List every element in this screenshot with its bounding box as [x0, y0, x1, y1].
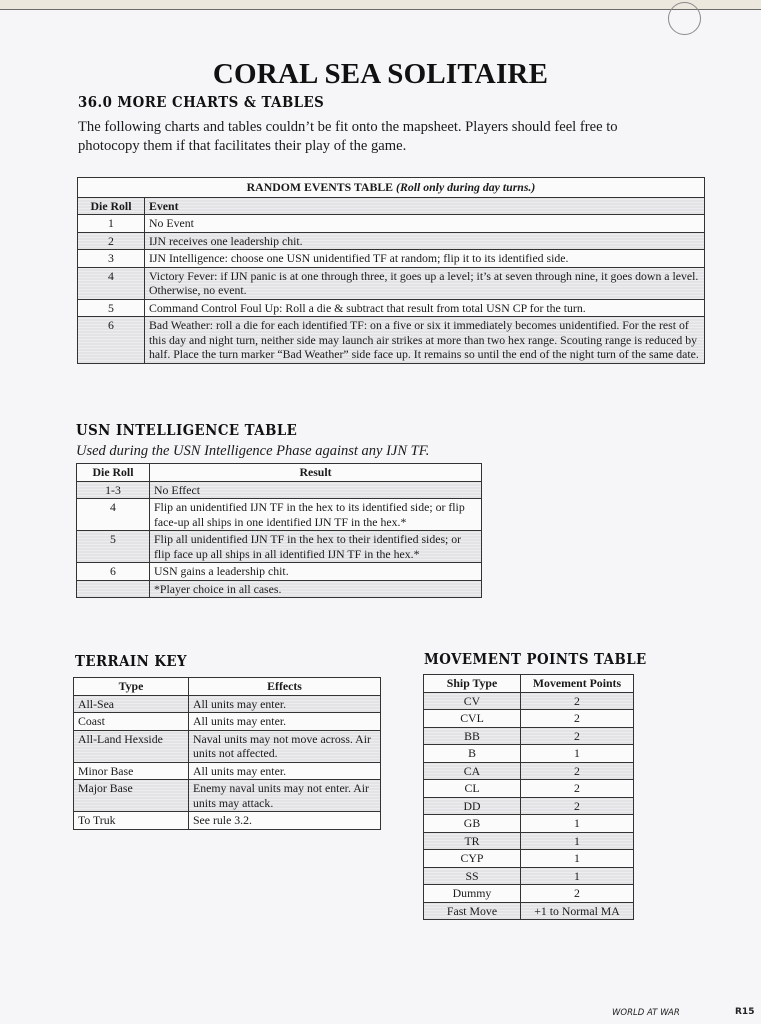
terrain-key-table: Type Effects All-SeaAll units may enter.…	[73, 677, 381, 830]
cell-result: No Effect	[150, 481, 482, 499]
cell-effects: Enemy naval units may not enter. Air uni…	[189, 780, 381, 812]
cell-result: USN gains a leadership chit.	[150, 563, 482, 581]
movement-points-heading: MOVEMENT POINTS TABLE	[424, 651, 647, 668]
table-header-row: Ship Type Movement Points	[424, 675, 634, 693]
table-row: Major BaseEnemy naval units may not ente…	[74, 780, 381, 812]
table-row: CoastAll units may enter.	[74, 713, 381, 731]
random-events-title-cell: RANDOM EVENTS TABLE (Roll only during da…	[78, 178, 705, 198]
terrain-key-heading: TERRAIN KEY	[75, 653, 187, 670]
header-result: Result	[150, 464, 482, 482]
cell-mp: +1 to Normal MA	[521, 902, 634, 920]
cell-event: IJN Intelligence: choose one USN unident…	[145, 250, 705, 268]
cell-effects: See rule 3.2.	[189, 812, 381, 830]
table-row: 1No Event	[78, 215, 705, 233]
table-row: 3IJN Intelligence: choose one USN uniden…	[78, 250, 705, 268]
cell-result: *Player choice in all cases.	[150, 580, 482, 598]
cell-mp: 1	[521, 745, 634, 763]
table-row: 6Bad Weather: roll a die for each identi…	[78, 317, 705, 364]
cell-ship: SS	[424, 867, 521, 885]
cell-mp: 1	[521, 867, 634, 885]
cell-ship: CL	[424, 780, 521, 798]
cell-mp: 1	[521, 850, 634, 868]
header-die-roll: Die Roll	[77, 464, 150, 482]
table-row: GB1	[424, 815, 634, 833]
cell-ship: Fast Move	[424, 902, 521, 920]
cell-ship: CVL	[424, 710, 521, 728]
cell-ship: CYP	[424, 850, 521, 868]
cell-mp: 2	[521, 727, 634, 745]
cell-event: IJN receives one leadership chit.	[145, 232, 705, 250]
cell-mp: 2	[521, 885, 634, 903]
cell-type: To Truk	[74, 812, 189, 830]
movement-points-table: Ship Type Movement Points CV2CVL2BB2B1CA…	[423, 674, 634, 920]
cell-roll: 1-3	[77, 481, 150, 499]
cell-ship: CV	[424, 692, 521, 710]
cell-event: Victory Fever: if IJN panic is at one th…	[145, 267, 705, 299]
table-header-row: Die Roll Event	[78, 197, 705, 215]
footer-page-number: R15	[735, 1007, 754, 1017]
cell-roll: 1	[78, 215, 145, 233]
cell-mp: 1	[521, 815, 634, 833]
table-row: DD2	[424, 797, 634, 815]
table-row: 1-3No Effect	[77, 481, 482, 499]
cell-effects: All units may enter.	[189, 762, 381, 780]
table-header-row: Type Effects	[74, 678, 381, 696]
table-row: All-Land HexsideNaval units may not move…	[74, 730, 381, 762]
random-events-note: (Roll only during day turns.)	[396, 180, 535, 194]
table-row: B1	[424, 745, 634, 763]
cell-roll	[77, 580, 150, 598]
usn-intelligence-heading: USN INTELLIGENCE TABLE	[76, 422, 297, 439]
punch-hole	[668, 2, 701, 35]
table-row: SS1	[424, 867, 634, 885]
cell-ship: GB	[424, 815, 521, 833]
cell-ship: B	[424, 745, 521, 763]
table-row: 4Flip an unidentified IJN TF in the hex …	[77, 499, 482, 531]
cell-ship: TR	[424, 832, 521, 850]
cell-ship: CA	[424, 762, 521, 780]
cell-effects: All units may enter.	[189, 713, 381, 731]
cell-event: Bad Weather: roll a die for each identif…	[145, 317, 705, 364]
cell-type: All-Land Hexside	[74, 730, 189, 762]
page-title: CORAL SEA SOLITAIRE	[0, 58, 761, 91]
table-row: 2IJN receives one leadership chit.	[78, 232, 705, 250]
cell-roll: 5	[77, 531, 150, 563]
page-top-edge	[0, 0, 761, 10]
random-events-table: RANDOM EVENTS TABLE (Roll only during da…	[77, 177, 705, 364]
table-row: Dummy2	[424, 885, 634, 903]
cell-type: Major Base	[74, 780, 189, 812]
cell-mp: 2	[521, 780, 634, 798]
table-row: 6USN gains a leadership chit.	[77, 563, 482, 581]
header-die-roll: Die Roll	[78, 197, 145, 215]
table-row: 5Flip all unidentified IJN TF in the hex…	[77, 531, 482, 563]
header-event: Event	[145, 197, 705, 215]
footer-brand: WORLD AT WAR	[612, 1008, 680, 1018]
header-effects: Effects	[189, 678, 381, 696]
cell-result: Flip all unidentified IJN TF in the hex …	[150, 531, 482, 563]
table-row: CYP1	[424, 850, 634, 868]
intro-paragraph: The following charts and tables couldn’t…	[78, 118, 678, 156]
cell-type: Minor Base	[74, 762, 189, 780]
header-ship-type: Ship Type	[424, 675, 521, 693]
cell-effects: Naval units may not move across. Air uni…	[189, 730, 381, 762]
cell-roll: 5	[78, 299, 145, 317]
table-row: All-SeaAll units may enter.	[74, 695, 381, 713]
random-events-title: RANDOM EVENTS TABLE	[247, 180, 393, 194]
cell-roll: 4	[78, 267, 145, 299]
cell-roll: 6	[77, 563, 150, 581]
table-row: Minor BaseAll units may enter.	[74, 762, 381, 780]
usn-intelligence-table: Die Roll Result 1-3No Effect4Flip an uni…	[76, 463, 482, 598]
cell-event: No Event	[145, 215, 705, 233]
cell-roll: 6	[78, 317, 145, 364]
table-header-row: Die Roll Result	[77, 464, 482, 482]
cell-result: Flip an unidentified IJN TF in the hex t…	[150, 499, 482, 531]
table-row: CL2	[424, 780, 634, 798]
cell-mp: 1	[521, 832, 634, 850]
table-row: BB2	[424, 727, 634, 745]
table-row: *Player choice in all cases.	[77, 580, 482, 598]
cell-mp: 2	[521, 710, 634, 728]
header-movement-points: Movement Points	[521, 675, 634, 693]
table-row: 4Victory Fever: if IJN panic is at one t…	[78, 267, 705, 299]
cell-type: Coast	[74, 713, 189, 731]
cell-roll: 2	[78, 232, 145, 250]
cell-type: All-Sea	[74, 695, 189, 713]
table-row: CVL2	[424, 710, 634, 728]
cell-ship: Dummy	[424, 885, 521, 903]
table-row: CV2	[424, 692, 634, 710]
cell-roll: 3	[78, 250, 145, 268]
table-row: Fast Move+1 to Normal MA	[424, 902, 634, 920]
cell-roll: 4	[77, 499, 150, 531]
cell-mp: 2	[521, 797, 634, 815]
table-row: To TrukSee rule 3.2.	[74, 812, 381, 830]
header-type: Type	[74, 678, 189, 696]
cell-effects: All units may enter.	[189, 695, 381, 713]
cell-ship: BB	[424, 727, 521, 745]
table-row: 5Command Control Foul Up: Roll a die & s…	[78, 299, 705, 317]
cell-ship: DD	[424, 797, 521, 815]
cell-mp: 2	[521, 762, 634, 780]
cell-mp: 2	[521, 692, 634, 710]
section-heading: 36.0 MORE CHARTS & TABLES	[78, 94, 324, 111]
table-row: TR1	[424, 832, 634, 850]
cell-event: Command Control Foul Up: Roll a die & su…	[145, 299, 705, 317]
usn-intelligence-subtitle: Used during the USN Intelligence Phase a…	[76, 443, 429, 460]
table-row: CA2	[424, 762, 634, 780]
